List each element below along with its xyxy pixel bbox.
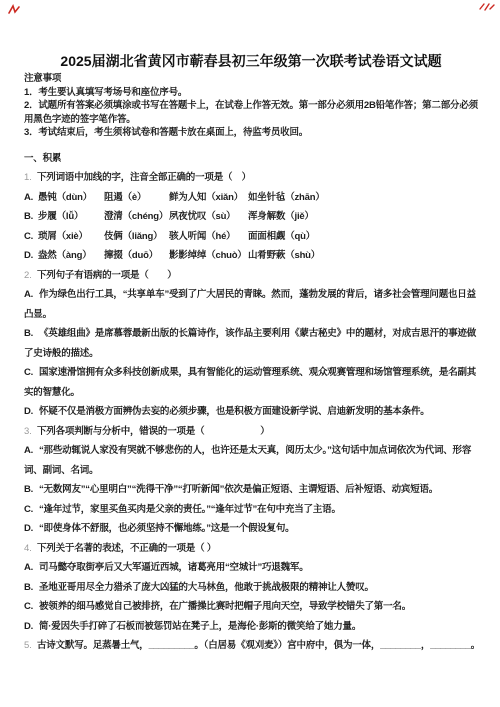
option-term: 鲜为人知（xiǎn） [169, 188, 248, 208]
option-text: “逢年过节，家里买鱼买肉是父亲的责任。”“逢年过节”在句中充当了主语。 [39, 504, 341, 515]
option-label: B. [24, 480, 39, 500]
option-label: C. [24, 363, 39, 383]
option-label: C. [24, 597, 39, 617]
option-label: A. [24, 285, 39, 305]
question-4-option-c: C.被领养的细马感觉自己被排挤，在广播操比赛时把帽子甩向天空，导致学校错失了第一… [24, 597, 478, 617]
option-text: “即使身体不舒服，也必须坚持不懈地练。”这是一个假设复句。 [39, 523, 294, 534]
question-4-option-d: D.简·爱因失手打碎了石板而被惩罚站在凳子上，是海伦·彭斯的微笑给了她力量。 [24, 617, 478, 637]
option-label: A. [24, 441, 39, 461]
question-3-option-a: A.“那些动辄说人家没有哭就不够悲伤的人，也许还是太天真，阅历太少。”这句话中加… [24, 441, 478, 480]
question-2-option-c: C.国家速滑馆拥有众多科技创新成果，具有智能化的运动管理系统、观众观赛管理和场馆… [24, 363, 478, 402]
notice-heading: 注意事项 [24, 72, 478, 86]
option-label: A. [24, 558, 39, 578]
question-1-option-d: D. 盎然（àng） 撺掇（duō） 影影绰绰（chuò） 山肴野蔌（shù） [24, 246, 478, 266]
option-label: C. [24, 227, 38, 247]
option-term: 影影绰绰（chuò） [169, 246, 248, 266]
question-3-stem: 3.下列各项判断与分析中，错误的一项是（ ） [24, 422, 478, 442]
question-4-option-b: B.圣地亚哥用尽全力猎杀了庞大凶猛的大马林鱼，他敢于挑战极限的精神让人赞叹。 [24, 578, 478, 598]
option-label: B. [24, 578, 39, 598]
option-text: 怀疑不仅是消极方面辨伪去妄的必须步骤，也是积极方面建设新学说、启迪新发明的基本条… [39, 406, 430, 417]
question-2-stem: 2.下列句子有语病的一项是（ ） [24, 266, 478, 286]
option-term: 浑身解数（jiě） [248, 207, 478, 227]
question-3-option-c: C.“逢年过节，家里买鱼买肉是父亲的责任。”“逢年过节”在句中充当了主语。 [24, 500, 478, 520]
question-4-number: 4. [24, 539, 37, 559]
question-2-number: 2. [24, 266, 37, 286]
section-heading-accumulation: 一、积累 [24, 149, 478, 169]
option-text: 司马懿夺取街亭后又大军逼近西城，诸葛亮用“空城计”巧退魏军。 [39, 562, 309, 573]
option-label: C. [24, 500, 39, 520]
option-text: 简·爱因失手打碎了石板而被惩罚站在凳子上，是海伦·彭斯的微笑给了她力量。 [39, 621, 361, 632]
option-label: B. [24, 207, 38, 227]
option-text: 国家速滑馆拥有众多科技创新成果，具有智能化的运动管理系统、观众观赛管理和场馆管理… [24, 367, 476, 398]
question-4-option-a: A.司马懿夺取街亭后又大军逼近西城，诸葛亮用“空城计”巧退魏军。 [24, 558, 478, 578]
option-term: 盎然（àng） [38, 246, 104, 266]
option-label: D. [24, 402, 39, 422]
option-label: D. [24, 519, 39, 539]
option-term: 澄清（chéng） [104, 207, 169, 227]
question-3-stem-text: 下列各项判断与分析中，错误的一项是（ ） [37, 426, 270, 437]
option-term: 愚钝（dùn） [38, 188, 104, 208]
option-label: B. [24, 324, 39, 344]
exam-body: 一、积累 1.下列词语中加线的字，注音全部正确的一项是（ ） A. 愚钝（dùn… [24, 149, 478, 656]
notice-item-2: 2．试题所有答案必须填涂或书写在答题卡上，在试卷上作答无效。第一部分必须用2B铅… [24, 99, 478, 126]
question-1-option-c: C. 琐屑（xiè） 伎俩（liǎng） 骇人听闻（hé） 面面相觑（qù） [24, 227, 478, 247]
question-3-option-d: D.“即使身体不舒服，也必须坚持不懈地练。”这是一个假设复句。 [24, 519, 478, 539]
question-3-option-b: B.“无数网友”“心里明白”“洗得干净”“打听新闻”依次是偏正短语、主谓短语、后… [24, 480, 478, 500]
option-text: 《英雄组曲》是席慕蓉最新出版的长篇诗作，该作品主要利用《蒙古秘史》中的题材，对成… [24, 328, 476, 359]
question-1-number: 1. [24, 168, 37, 188]
question-1-stem: 1.下列词语中加线的字，注音全部正确的一项是（ ） [24, 168, 478, 188]
option-text: 被领养的细马感觉自己被排挤，在广播操比赛时把帽子甩向天空，导致学校错失了第一名。 [39, 601, 411, 612]
option-term: 阻遏（è） [104, 188, 169, 208]
question-5-text: 古诗文默写。足蒸暑土气，_________。（白居易《观刈麦》）宫中府中，俱为一… [37, 640, 478, 651]
option-term: 山肴野蔌（shù） [248, 246, 478, 266]
question-2: 2.下列句子有语病的一项是（ ） A.作为绿色出行工具，“共享单车”受到了广大居… [24, 266, 478, 422]
question-4: 4.下列关于名著的表述，不正确的一项是（ ） A.司马懿夺取街亭后又大军逼近西城… [24, 539, 478, 637]
notice-item-3: 3．考试结束后，考生须将试卷和答题卡放在桌面上，待监考员收回。 [24, 126, 478, 140]
question-1: 1.下列词语中加线的字，注音全部正确的一项是（ ） A. 愚钝（dùn） 阻遏（… [24, 168, 478, 266]
option-text: 作为绿色出行工具，“共享单车”受到了广大居民的青睐。然而，蓬勃发展的背后，诸多社… [24, 289, 476, 320]
exam-document-page: 2025届湖北省黄冈市蕲春县初三年级第一次联考试卷语文试题 注意事项 1．考生要… [0, 0, 500, 707]
question-4-stem: 4.下列关于名著的表述，不正确的一项是（ ） [24, 539, 478, 559]
notice-section: 注意事项 1．考生要认真填写考场号和座位序号。 2．试题所有答案必须填涂或书写在… [24, 72, 478, 140]
option-term: 琐屑（xiè） [38, 227, 104, 247]
page-title: 2025届湖北省黄冈市蕲春县初三年级第一次联考试卷语文试题 [24, 0, 478, 70]
option-text: “那些动辄说人家没有哭就不够悲伤的人，也许还是太天真，阅历太少。”这句话中加点词… [24, 445, 471, 476]
question-5-number: 5. [24, 636, 37, 656]
option-term: 骇人听闻（hé） [169, 227, 248, 247]
option-term: 面面相觑（qù） [248, 227, 478, 247]
option-label: D. [24, 246, 38, 266]
option-term: 夙夜忧叹（sù） [169, 207, 248, 227]
document-content: 2025届湖北省黄冈市蕲春县初三年级第一次联考试卷语文试题 注意事项 1．考生要… [0, 0, 500, 656]
option-term: 如坐针毡（zhān） [248, 188, 478, 208]
question-1-option-a: A. 愚钝（dùn） 阻遏（è） 鲜为人知（xiǎn） 如坐针毡（zhān） [24, 188, 478, 208]
notice-item-1: 1．考生要认真填写考场号和座位序号。 [24, 86, 478, 100]
option-text: 圣地亚哥用尽全力猎杀了庞大凶猛的大马林鱼，他敢于挑战极限的精神让人赞叹。 [39, 582, 374, 593]
question-5: 5.古诗文默写。足蒸暑土气，_________。（白居易《观刈麦》）宫中府中，俱… [24, 636, 478, 656]
question-2-stem-text: 下列句子有语病的一项是（ ） [37, 270, 177, 281]
question-3: 3.下列各项判断与分析中，错误的一项是（ ） A.“那些动辄说人家没有哭就不够悲… [24, 422, 478, 539]
question-3-number: 3. [24, 422, 37, 442]
question-2-option-b: B.《英雄组曲》是席慕蓉最新出版的长篇诗作，该作品主要利用《蒙古秘史》中的题材，… [24, 324, 478, 363]
question-1-option-b: B. 步履（lǚ） 澄清（chéng） 夙夜忧叹（sù） 浑身解数（jiě） [24, 207, 478, 227]
option-label: A. [24, 188, 38, 208]
question-2-option-d: D.怀疑不仅是消极方面辨伪去妄的必须步骤，也是积极方面建设新学说、启迪新发明的基… [24, 402, 478, 422]
option-term: 撺掇（duō） [104, 246, 169, 266]
option-term: 步履（lǚ） [38, 207, 104, 227]
question-2-option-a: A.作为绿色出行工具，“共享单车”受到了广大居民的青睐。然而，蓬勃发展的背后，诸… [24, 285, 478, 324]
question-1-stem-text: 下列词语中加线的字，注音全部正确的一项是（ ） [37, 172, 251, 183]
option-term: 伎俩（liǎng） [104, 227, 169, 247]
question-4-stem-text: 下列关于名著的表述，不正确的一项是（ ） [37, 543, 216, 554]
option-text: “无数网友”“心里明白”“洗得干净”“打听新闻”依次是偏正短语、主谓短语、后补短… [39, 484, 438, 495]
option-label: D. [24, 617, 39, 637]
